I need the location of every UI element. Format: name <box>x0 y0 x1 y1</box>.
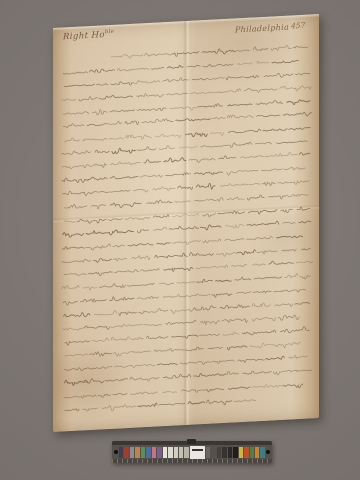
handwriting-word <box>263 128 287 131</box>
handwriting-word <box>152 67 164 69</box>
handwriting-word <box>283 112 311 117</box>
handwriting-word <box>131 391 158 394</box>
handwriting-word <box>234 399 256 402</box>
handwriting-word <box>87 123 108 126</box>
handwriting-word <box>250 343 272 349</box>
handwriting-word <box>256 100 282 105</box>
handwriting-word <box>153 186 175 191</box>
bar-ruler-strip <box>112 459 272 463</box>
handwriting-word <box>62 150 91 155</box>
handwriting-word <box>190 91 220 94</box>
color-patch <box>135 447 139 458</box>
handwriting-word <box>246 237 272 240</box>
color-patch <box>255 447 259 458</box>
handwriting-word <box>167 65 183 68</box>
handwriting-word <box>240 155 263 158</box>
handwriting-word <box>138 308 168 314</box>
handwriting-word <box>238 359 265 363</box>
handwriting-word <box>102 404 136 411</box>
handwriting-word <box>223 332 239 336</box>
handwriting-word <box>203 213 216 217</box>
bar-right-dot <box>266 450 270 454</box>
color-patch <box>130 447 134 458</box>
handwriting-word <box>132 337 143 339</box>
manuscript-paper: Right Hoble Philadelphia 457 <box>53 14 319 432</box>
grayscale-patch <box>179 447 183 458</box>
bar-top-strip <box>112 441 272 445</box>
handwriting-word <box>94 258 112 263</box>
color-patch <box>239 447 243 458</box>
handwriting-word <box>272 60 298 63</box>
handwriting-word <box>85 325 110 331</box>
handwriting-word <box>189 251 213 256</box>
color-patch <box>124 447 128 458</box>
handwriting-word <box>153 215 169 218</box>
handwriting-word <box>248 210 277 215</box>
handwriting-word <box>297 369 311 371</box>
handwriting-word <box>113 393 127 395</box>
handwriting-word <box>132 255 150 260</box>
handwriting-word <box>172 52 199 57</box>
handwriting-word <box>302 249 311 251</box>
color-patch <box>152 447 156 458</box>
handwriting-word <box>252 317 275 322</box>
handwriting-word <box>269 260 294 265</box>
handwriting-word <box>94 311 117 316</box>
grayscale-patch <box>211 447 215 458</box>
handwriting-word <box>113 352 133 357</box>
handwriting-word <box>111 53 143 59</box>
handwriting-word <box>265 152 297 157</box>
handwriting-word <box>87 378 103 384</box>
handwriting-word <box>137 229 148 233</box>
handwriting-word <box>255 142 271 145</box>
handwriting-word <box>110 202 141 209</box>
handwriting-word <box>277 141 308 144</box>
handwriting-word <box>172 241 201 246</box>
handwriting-word <box>83 138 107 141</box>
handwriting-word <box>137 296 158 299</box>
handwriting-word <box>242 330 275 335</box>
handwriting-word <box>112 147 135 154</box>
handwriting-word <box>142 118 173 123</box>
handwriting-word <box>140 175 163 178</box>
handwriting-word <box>113 245 125 247</box>
handwriting-word <box>63 301 77 306</box>
handwriting-word <box>194 306 217 311</box>
handwriting-word <box>277 235 303 238</box>
handwriting-word <box>236 292 251 295</box>
handwriting-word <box>228 129 260 133</box>
handwriting-word <box>180 361 210 366</box>
handwriting-word <box>62 285 79 289</box>
handwriting-word <box>128 243 153 246</box>
handwriting-word <box>274 289 307 293</box>
handwriting-word <box>144 324 162 327</box>
grayscale-patch <box>217 447 221 458</box>
handwriting-word <box>167 93 188 95</box>
handwriting-word <box>98 394 111 398</box>
handwriting-word <box>203 239 221 243</box>
handwriting-word <box>155 133 181 139</box>
handwriting-word <box>105 379 128 382</box>
handwriting-word <box>65 354 88 357</box>
handwriting-word <box>63 327 85 331</box>
handwriting-word <box>212 293 232 297</box>
handwriting-word <box>144 159 161 163</box>
handwriting-word <box>299 221 311 223</box>
handwriting-word <box>65 409 79 412</box>
handwriting-word <box>64 273 87 276</box>
color-patch <box>244 447 248 458</box>
handwriting-word <box>216 280 232 282</box>
calibration-patch-row <box>112 445 272 459</box>
color-patch <box>119 447 123 458</box>
color-calibration-bar <box>112 441 272 463</box>
handwriting-word <box>141 269 160 272</box>
handwriting-word <box>142 364 156 366</box>
handwriting-word <box>118 67 149 71</box>
handwriting-word <box>92 109 107 115</box>
handwriting-word <box>283 384 303 389</box>
handwriting-word <box>64 220 75 223</box>
handwriting-word <box>110 161 140 166</box>
handwriting-word <box>295 73 310 75</box>
handwriting-word <box>227 371 238 375</box>
handwriting-word <box>208 77 224 80</box>
handwriting-word <box>237 62 252 64</box>
handwriting-word <box>220 89 241 93</box>
handwriting-word <box>109 137 124 139</box>
handwriting-word <box>192 78 207 80</box>
handwriting-word <box>232 264 247 267</box>
handwriting-word <box>83 286 97 290</box>
handwriting-word <box>111 81 132 86</box>
handwriting-word <box>89 68 114 72</box>
handwriting-word <box>125 217 150 221</box>
handwriting-word <box>247 221 279 226</box>
handwriting-word <box>283 222 295 224</box>
handwriting-word <box>100 283 126 289</box>
handwriting-word <box>198 279 213 283</box>
handwriting-word <box>86 230 109 234</box>
handwriting-word <box>115 269 139 273</box>
handwriting-word <box>218 210 245 214</box>
handwriting-word <box>154 227 167 230</box>
handwriting-word <box>172 335 198 339</box>
handwriting-word <box>180 146 197 148</box>
handwriting-word <box>165 320 196 324</box>
handwriting-word <box>200 224 221 230</box>
handwriting-word <box>266 356 285 360</box>
bar-center-label <box>190 446 205 459</box>
handwriting-word <box>133 351 151 353</box>
grayscale-patch <box>222 447 226 458</box>
grayscale-patch <box>168 447 172 458</box>
handwriting-word <box>157 243 170 245</box>
handwriting-word <box>159 403 185 406</box>
handwriting-word <box>289 355 307 359</box>
grayscale-patch <box>228 447 232 458</box>
handwriting-word <box>92 338 109 342</box>
handwriting-word <box>252 384 282 389</box>
handwriting-word <box>257 250 277 254</box>
handwriting-word <box>64 312 90 318</box>
handwriting-word <box>166 172 191 176</box>
handwriting-word <box>170 106 197 111</box>
handwriting-word <box>128 283 155 286</box>
handwriting-word <box>300 276 310 280</box>
handwriting-word <box>164 267 193 272</box>
handwriting-word <box>209 117 225 120</box>
handwriting-word <box>98 190 131 193</box>
color-patch <box>250 447 254 458</box>
handwriting-word <box>95 150 109 153</box>
handwriting-word <box>119 312 137 316</box>
handwriting-word <box>111 323 142 328</box>
handwriting-word <box>280 326 309 333</box>
handwriting-word <box>62 259 91 263</box>
handwriting-word <box>203 63 233 67</box>
handwriting-word <box>297 206 310 210</box>
handwriting-word <box>198 103 223 107</box>
handwriting-word <box>278 315 299 321</box>
handwriting-word <box>196 265 228 269</box>
handwriting-word <box>109 229 133 235</box>
handwriting-word <box>154 348 184 353</box>
handwriting-word <box>63 71 87 74</box>
grayscale-patch <box>206 447 210 458</box>
handwriting-word <box>210 132 223 136</box>
handwriting-word <box>63 111 89 115</box>
handwriting-word <box>182 389 204 393</box>
handwriting-word <box>147 335 168 339</box>
handwriting-word <box>237 50 250 52</box>
bar-center-tab <box>187 439 196 444</box>
handwriting-word <box>97 83 109 85</box>
handwriting-word <box>64 395 96 400</box>
handwriting-word <box>227 114 253 119</box>
handwriting-word <box>163 296 176 298</box>
handwriting-word <box>65 84 95 87</box>
handwriting-word <box>137 93 164 99</box>
handwriting-word <box>247 195 264 200</box>
handwriting-word <box>274 370 298 375</box>
handwriting-word <box>186 132 207 137</box>
handwriting-word <box>197 183 216 190</box>
handwriting-word <box>189 158 215 163</box>
handwriting-word <box>110 175 138 179</box>
handwriting-word <box>63 123 84 128</box>
handwriting-word <box>62 190 96 197</box>
handwriting-word <box>222 319 248 324</box>
handwriting-word <box>178 185 193 190</box>
handwriting-word <box>170 309 192 314</box>
handwriting-word <box>194 372 227 377</box>
handwriting-word <box>195 198 224 203</box>
handwriting-word <box>280 85 311 92</box>
handwriting-word <box>147 199 172 204</box>
handwriting-word <box>282 249 296 252</box>
handwriting-word <box>296 261 313 264</box>
handwriting-word <box>252 303 270 307</box>
grayscale-patch <box>233 447 237 458</box>
handwriting-word <box>299 152 310 155</box>
handwriting-word <box>83 408 98 412</box>
handwriting-word <box>62 246 84 250</box>
handwriting-word <box>159 145 174 149</box>
color-patch <box>141 447 145 458</box>
handwriting-word <box>254 276 281 279</box>
handwriting-word <box>115 365 141 369</box>
handwriting-word <box>177 281 198 283</box>
handwriting-word <box>285 194 308 197</box>
handwriting-word <box>172 213 198 217</box>
handwriting-word <box>109 121 122 125</box>
handwriting-word <box>157 363 177 366</box>
handwriting-word <box>200 320 219 325</box>
handwriting-word <box>275 303 293 307</box>
handwriting-word <box>227 103 252 106</box>
handwriting-word <box>227 197 244 201</box>
handwriting-word <box>220 183 247 187</box>
handwriting-word <box>207 399 232 406</box>
handwriting-word <box>257 60 269 63</box>
handwriting-word <box>205 388 224 392</box>
handwriting-word <box>208 347 223 349</box>
handwriting-word <box>269 196 285 200</box>
grayscale-patch <box>163 447 167 458</box>
handwriting-word <box>261 168 282 171</box>
handwriting-word <box>202 48 235 55</box>
handwriting-word <box>235 277 251 281</box>
handwriting-word <box>225 238 244 241</box>
handwriting-word <box>227 346 247 350</box>
handwriting-word <box>244 75 258 78</box>
handwriting-word <box>230 142 251 147</box>
handwriting-word <box>220 304 250 309</box>
handwriting-word <box>285 274 298 278</box>
handwriting-word <box>137 108 166 112</box>
handwriting-word <box>113 258 127 261</box>
handwriting-word <box>236 250 255 255</box>
handwriting-word <box>93 164 107 168</box>
handwriting-word <box>62 177 88 183</box>
handwriting-word <box>65 204 87 209</box>
handwriting-word <box>108 218 122 220</box>
handwriting-word <box>130 376 159 383</box>
handwriting-word <box>145 52 173 56</box>
handwriting-word <box>81 298 107 302</box>
handwriting-word <box>188 401 205 405</box>
handwriting-word <box>212 360 235 364</box>
handwriting-word <box>257 114 280 117</box>
handwriting-word <box>125 121 139 125</box>
handwriting-word <box>271 45 292 50</box>
handwriting-word <box>287 99 310 105</box>
handwriting-word <box>163 77 188 82</box>
grayscale-patch <box>174 447 178 458</box>
handwriting-word <box>201 144 230 147</box>
handwriting-word <box>86 244 111 250</box>
handwriting-word <box>169 225 198 230</box>
handwriting-word <box>99 94 133 99</box>
handwriting-word <box>199 334 220 337</box>
handwriting-word <box>88 176 107 180</box>
handwriting-word <box>138 403 158 407</box>
color-patch <box>146 447 150 458</box>
handwriting-word <box>227 170 258 175</box>
handwriting-word <box>228 387 250 390</box>
handwriting-word <box>194 171 222 175</box>
handwriting-word <box>185 347 203 351</box>
handwriting-word <box>64 367 96 372</box>
handwriting-word <box>176 118 210 122</box>
handwriting-word <box>278 180 310 185</box>
handwriting-word <box>126 134 152 140</box>
handwriting-word <box>295 302 310 304</box>
handwriting-word <box>253 263 266 265</box>
handwriting-word <box>217 252 235 256</box>
handwriting-word <box>264 73 293 79</box>
handwriting-word <box>249 183 261 185</box>
handwriting-word <box>262 182 275 186</box>
handwriting-word <box>97 366 112 369</box>
handwriting-word <box>110 109 135 112</box>
handwriting-word <box>163 374 190 379</box>
handwriting-word <box>226 76 243 80</box>
handwriting-word <box>111 336 130 341</box>
handwriting-word <box>89 351 112 357</box>
handwriting-word <box>137 146 156 151</box>
handwriting-word <box>62 99 76 102</box>
handwriting-word <box>132 79 160 83</box>
handwriting-word <box>65 138 80 142</box>
manuscript-scan: Right Hoble Philadelphia 457 <box>0 0 360 480</box>
handwriting-word <box>91 205 106 210</box>
handwriting-word <box>163 391 177 393</box>
handwriting-word <box>77 218 106 224</box>
handwriting-word <box>65 340 90 345</box>
handwriting-lines <box>53 14 319 432</box>
handwriting-word <box>160 282 174 284</box>
handwriting-word <box>284 166 305 170</box>
handwriting-word <box>281 209 293 213</box>
handwriting-word <box>225 224 244 229</box>
handwriting-word <box>175 200 191 203</box>
grayscale-patch <box>184 447 188 458</box>
bar-left-dot <box>114 450 118 454</box>
handwriting-word <box>254 46 268 51</box>
handwriting-word <box>244 87 277 93</box>
handwriting-word <box>63 232 84 238</box>
handwriting-word <box>289 127 311 130</box>
handwriting-word <box>219 155 236 159</box>
handwriting-word <box>155 253 188 259</box>
handwriting-word <box>164 157 186 162</box>
handwriting-word <box>253 291 271 294</box>
handwriting-word <box>243 370 272 374</box>
handwriting-word <box>65 379 87 386</box>
handwriting-word <box>89 271 113 276</box>
handwriting-word <box>62 165 92 170</box>
color-patch <box>157 447 161 458</box>
handwriting-word <box>293 46 307 49</box>
handwriting-word <box>177 293 210 298</box>
handwriting-word <box>187 65 200 67</box>
handwriting-word <box>79 96 98 101</box>
handwriting-word <box>133 189 148 193</box>
